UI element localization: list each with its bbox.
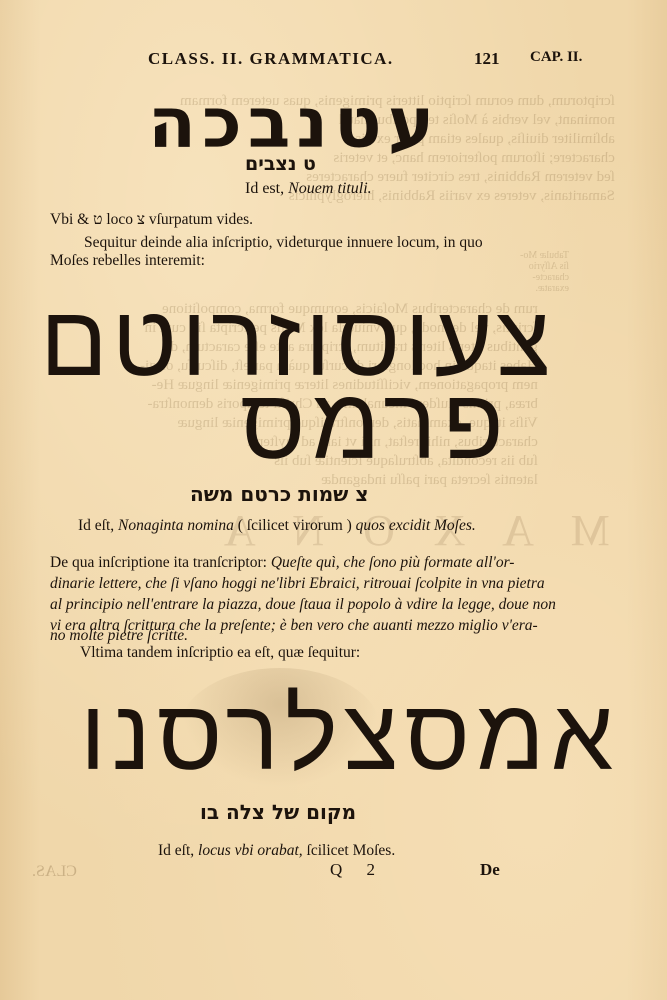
paragraph-1-line-1: Sequitur deinde alia inſcriptio, videtur… — [84, 234, 483, 252]
paragraph-2-line-5: no molte pietre ſcritte. — [50, 627, 188, 645]
inscription-1-glyphs: עטנבכה — [148, 82, 440, 164]
inscription-3-hebrew-caption: מקום של צלה בו — [200, 800, 356, 824]
paragraph-2-line-3: al principio nell'entrare la piazza, dou… — [50, 596, 556, 614]
inscription-1-translation: Id est, Nouem tituli. — [245, 180, 372, 198]
inscription-2-translation: Id eſt, Nonaginta nomina ( ſcilicet viro… — [78, 517, 476, 535]
paragraph-1-line-2: Moſes rebelles interemit: — [50, 252, 205, 270]
paragraph-3: Vltima tandem inſcriptio ea eſt, quæ ſeq… — [80, 644, 360, 662]
catchword: De — [480, 860, 500, 880]
running-header-chapter: CAP. II. — [530, 49, 582, 66]
inscription-3-translation: Id eſt, locus vbi orabat, ſcilicet Moſes… — [158, 842, 395, 860]
inscription-2-line-2: פרמס — [240, 365, 510, 482]
inscription-3-glyphs: אמסצלרסנו — [80, 676, 619, 793]
page-number: 121 — [474, 49, 500, 69]
note-line: Vbi & ט loco צ vſurpatum vides. — [50, 211, 253, 229]
paragraph-2-line-2: dinarie lettere, che ſi vſano hoggi ne'l… — [50, 575, 545, 593]
paragraph-2-line-1: De qua inſcriptione ita tranſcriptor: Qu… — [50, 554, 514, 572]
show-through-header: CLAS. — [32, 862, 77, 881]
running-header-section: CLASS. II. GRAMMATICA. — [148, 49, 394, 69]
signature-mark: Q 2 — [330, 860, 385, 880]
inscription-1-hebrew-caption: ט נצבים — [245, 153, 316, 175]
inscription-2-hebrew-caption: צ שמות כרטם משה — [190, 482, 368, 506]
